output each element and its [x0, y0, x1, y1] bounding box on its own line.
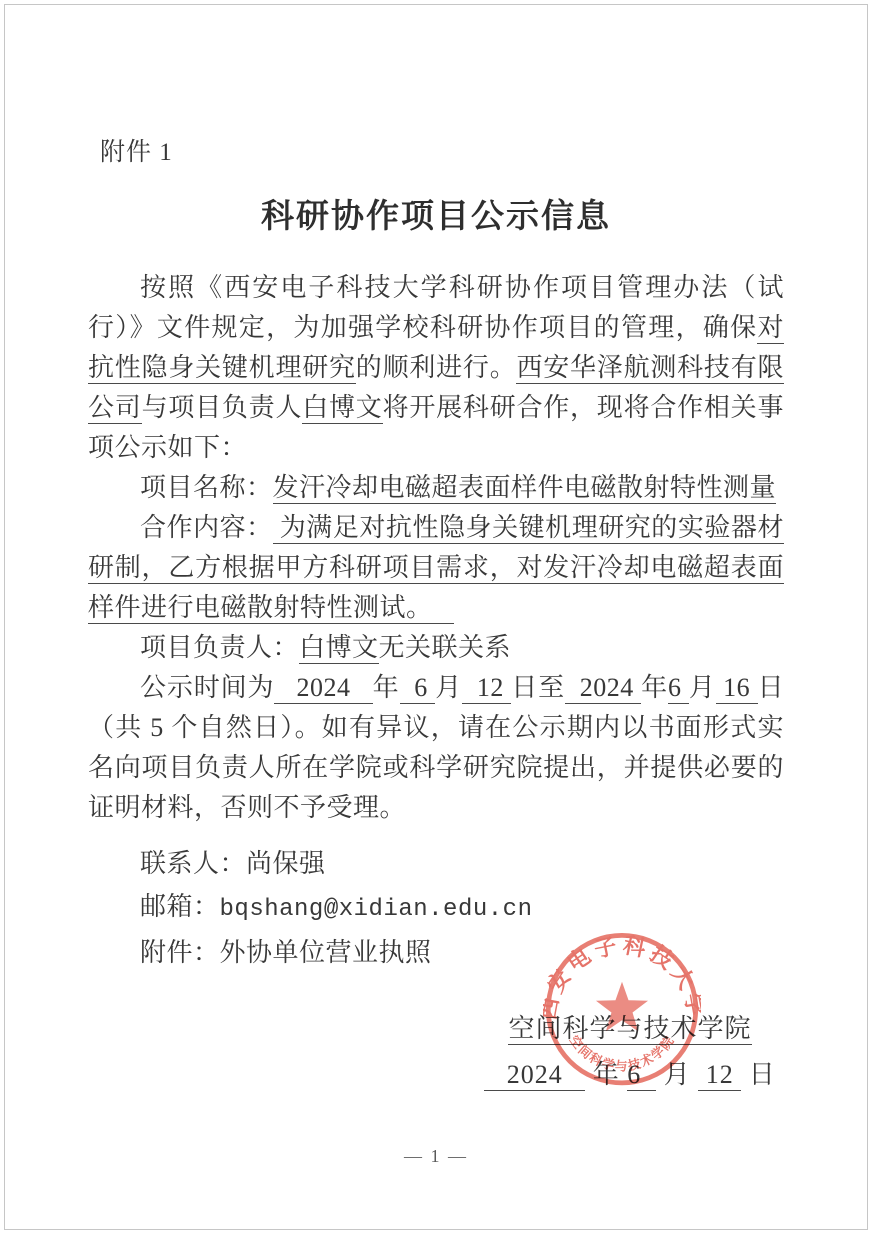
- document-page: 附件 1 科研协作项目公示信息 按照《西安电子科技大学科研协作项目管理办法（试行…: [0, 0, 872, 1234]
- text-segment: 无关联关系: [379, 633, 512, 662]
- body-paragraph-project-name: 项目名称：发汗冷却电磁超表面样件电磁散射特性测量: [88, 468, 784, 508]
- text-segment: 月: [689, 673, 716, 702]
- signature-org: 空间科学与技术学院: [470, 1006, 790, 1052]
- signature-date: 2024 年 6 月 12 日: [470, 1052, 790, 1098]
- attachment-line: 附件：外协单位营业执照: [88, 931, 784, 974]
- text-segment: 公示时间为: [140, 673, 274, 702]
- body-paragraph-cooperation-content: 合作内容： 为满足对抗性隐身关键机理研究的实验器材研制，乙方根据甲方科研项目需求…: [88, 508, 784, 628]
- text-segment: 的顺利进行。: [356, 353, 517, 382]
- contact-email-line: 邮箱：bqshang@xidian.edu.cn: [88, 885, 784, 931]
- underlined-field: 2024: [484, 1060, 585, 1091]
- doc-body: 按照《西安电子科技大学科研协作项目管理办法（试行）》文件规定，为加强学校科研协作…: [88, 268, 784, 974]
- underlined-field: 6: [668, 673, 689, 704]
- underlined-field: 2024: [274, 673, 372, 704]
- text-segment: 年: [373, 673, 400, 702]
- text-segment: 与项目负责人: [142, 393, 303, 422]
- text-segment: 月: [656, 1060, 698, 1089]
- text-segment: 月: [435, 673, 462, 702]
- doc-title: 科研协作项目公示信息: [0, 190, 872, 237]
- text-segment: 项目负责人：: [140, 633, 299, 662]
- underlined-field: 2024: [565, 673, 641, 704]
- text-segment: 附件：外协单位营业执照: [140, 938, 432, 967]
- attachment-label: 附件 1: [100, 132, 173, 168]
- body-paragraph-project-leader: 项目负责人：白博文无关联关系: [88, 628, 784, 668]
- text-segment: 年: [585, 1060, 627, 1089]
- underlined-field: 12: [462, 673, 511, 704]
- underlined-field: 6: [627, 1060, 656, 1091]
- signature-block: 空间科学与技术学院 2024 年 6 月 12 日: [470, 1006, 790, 1098]
- body-paragraph-intro: 按照《西安电子科技大学科研协作项目管理办法（试行）》文件规定，为加强学校科研协作…: [88, 268, 784, 468]
- text-segment: bqshang@xidian.edu.cn: [220, 896, 533, 923]
- text-segment: 日至: [511, 673, 565, 702]
- text-segment: 年: [641, 673, 668, 702]
- underlined-field: 发汗冷却电磁超表面样件电磁散射特性测量: [273, 473, 777, 504]
- text-segment: 合作内容：: [140, 513, 273, 542]
- text-segment: 项目名称：: [140, 473, 273, 502]
- underlined-field: 空间科学与技术学院: [508, 1014, 751, 1045]
- text-segment: 联系人：尚保强: [140, 849, 326, 878]
- contact-person-line: 联系人：尚保强: [88, 842, 784, 885]
- page-number: — 1 —: [0, 1146, 872, 1167]
- underlined-field: 白博文: [299, 633, 379, 664]
- body-paragraph-publicity-period: 公示时间为 2024 年 6 月 12 日至 2024 年6 月 16 日（共 …: [88, 668, 784, 828]
- underlined-field: 12: [698, 1060, 741, 1091]
- text-segment: 邮箱：: [140, 892, 220, 921]
- contact-block: 联系人：尚保强 邮箱：bqshang@xidian.edu.cn 附件：外协单位…: [88, 842, 784, 974]
- underlined-field: 6: [400, 673, 436, 704]
- text-segment: 日: [741, 1060, 776, 1089]
- underlined-field: 16: [716, 673, 758, 704]
- underlined-field: 白博文: [302, 393, 382, 424]
- text-segment: 按照《西安电子科技大学科研协作项目管理办法（试行）》文件规定，为加强学校科研协作…: [88, 273, 784, 342]
